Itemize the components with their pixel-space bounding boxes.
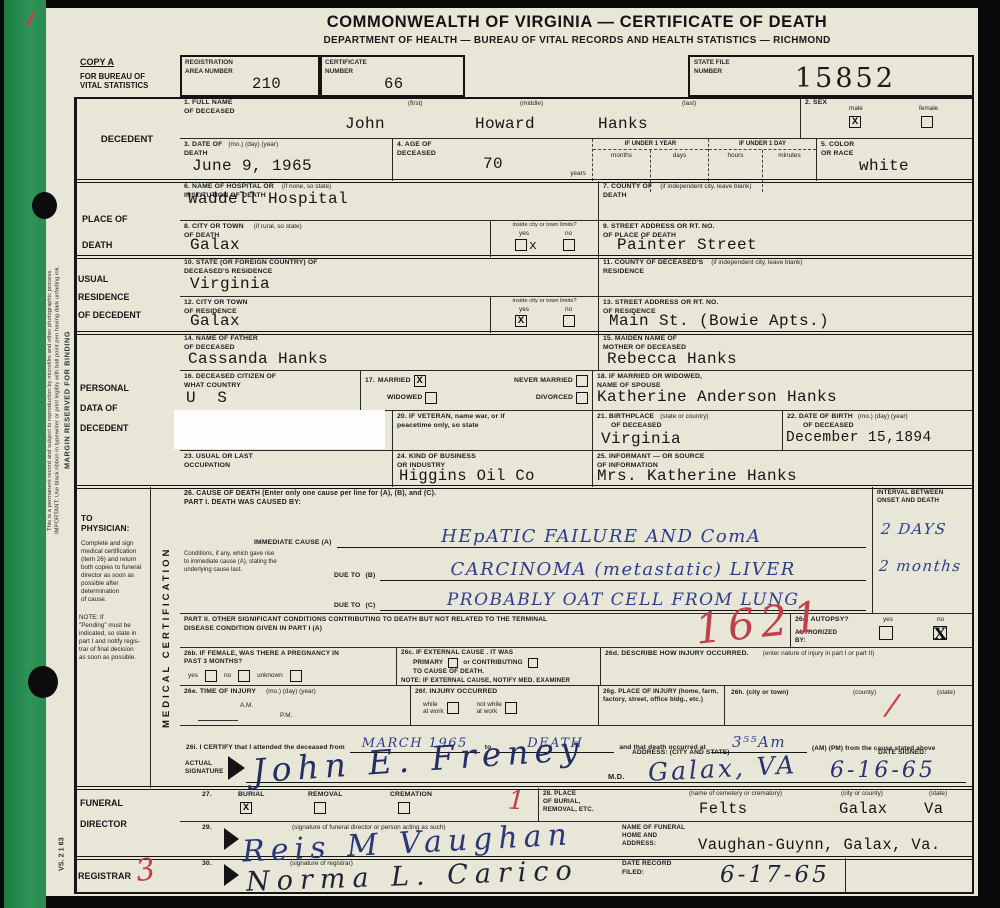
certificate-number-box: CERTIFICATE NUMBER 66: [320, 55, 465, 97]
registration-area-label: REGISTRATION AREA NUMBER: [185, 59, 233, 76]
margin-binding-title: MARGIN RESERVED FOR BINDING: [61, 130, 73, 670]
business-value: Higgins Oil Co: [399, 467, 535, 485]
field-date-of-death: 3. DATE OF DEATH(mo.) (day) (year) June …: [180, 139, 392, 181]
describe-injury-hint: (enter nature of injury in part I or par…: [763, 650, 875, 659]
row-hospital: 6. NAME OF HOSPITAL OR INSTITUTION OF DE…: [180, 181, 974, 221]
injury-state-label: (state): [937, 689, 955, 696]
birthplace-hint: (state or country): [660, 413, 708, 422]
date-filed-value: 6-17-65: [720, 862, 830, 888]
checkbox-burial: X: [240, 802, 252, 814]
section-line-1: [74, 179, 974, 183]
limits-question: inside city or town limits?: [493, 222, 596, 228]
date-filed-label: DATE RECORD FILED:: [622, 860, 672, 877]
section-place-of-death: PLACE OF DEATH: [82, 206, 178, 258]
medcert-divider: [150, 487, 151, 788]
field-disposition: 27. BURIAL X REMOVAL CREMATION 1: [180, 788, 538, 821]
field-city-of-death: 8. CITY OR TOWN OF DEATH(if rural, so st…: [180, 221, 490, 257]
binding-strip: [4, 0, 46, 908]
field-residence-city: 12. CITY OR TOWN OF RESIDENCE Galax: [180, 297, 490, 333]
row-funeral-director: 29. (signature of funeral director or pe…: [180, 822, 974, 858]
city-death-value: Galax: [190, 236, 240, 254]
due-to-label-b: DUE TO: [334, 572, 360, 581]
checkbox-pregnancy-unknown: [290, 670, 302, 682]
field-full-name: 1. FULL NAME OF DECEASED (first) (middle…: [180, 97, 800, 138]
row-death-date: 3. DATE OF DEATH(mo.) (day) (year) June …: [180, 139, 974, 181]
field-external-cause: 26c. IF EXTERNAL CAUSE . IT WAS PRIMARY …: [396, 648, 600, 685]
field-describe-injury: 26d. DESCRIBE HOW INJURY OCCURRED.(enter…: [600, 648, 974, 685]
row-citizen-marital: 16. DECEASED CITIZEN OF WHAT COUNTRY U S…: [180, 371, 974, 411]
copy-label: COPY A FOR BUREAU OF VITAL STATISTICS: [80, 57, 176, 90]
citizen-label: 16. DECEASED CITIZEN OF WHAT COUNTRY: [184, 373, 356, 391]
checkbox-contributing: [528, 658, 538, 668]
age-unit: years: [570, 170, 586, 177]
actual-signature-label: ACTUAL SIGNATURE: [185, 760, 224, 777]
page-title: COMMONWEALTH OF VIRGINIA — CERTIFICATE O…: [180, 13, 974, 32]
injury-city-label: 26h. (city or town): [731, 689, 789, 697]
row-26efgh: 26e. TIME OF INJURY(mo.) (day) (year) A.…: [180, 686, 974, 726]
male-label: male: [849, 105, 863, 112]
date-signed-value: 6-16-65: [830, 758, 936, 783]
punch-hole-top: [32, 192, 57, 219]
limits-yes-label-2: yes: [519, 306, 529, 313]
field-time-of-injury: 26e. TIME OF INJURY(mo.) (day) (year) A.…: [180, 686, 410, 725]
row-26bcd: 26b. IF FEMALE, WAS THERE A PREGNANCY IN…: [180, 648, 974, 686]
burial-city-label: (city or county): [841, 790, 883, 797]
pregnancy-yes-label: yes: [188, 672, 198, 679]
burial-city-value: Galax: [839, 800, 888, 818]
row-city-of-death: 8. CITY OR TOWN OF DEATH(if rural, so st…: [180, 221, 974, 257]
limits-question-2: inside city or town limits?: [493, 298, 596, 304]
middle-label: (middle): [520, 100, 543, 107]
pregnancy-unknown-label: unknown: [257, 672, 283, 679]
funeral-home-label: NAME OF FUNERAL HOME AND ADDRESS:: [622, 824, 685, 849]
limits-no-label: no: [565, 230, 572, 237]
mother-value: Rebecca Hanks: [607, 350, 737, 368]
field-residence-state: 10. STATE (OR FOREIGN COUNTRY) OF DECEAS…: [180, 257, 598, 296]
field-business: 24. KIND OF BUSINESS OR INDUSTRY Higgins…: [392, 451, 592, 487]
checkbox-widowed: [425, 392, 437, 404]
section-personal-data: PERSONAL DATA OF DECEDENT: [80, 378, 180, 438]
spouse-value: Katherine Anderson Hanks: [597, 388, 837, 406]
full-name-label: 1. FULL NAME OF DECEASED: [184, 99, 796, 117]
field-certification: 26i. I CERTIFY that I attended the decea…: [180, 726, 974, 788]
part1-label: PART I. DEATH WAS CAUSED BY:: [184, 498, 868, 507]
checkbox-male: X: [849, 116, 861, 128]
checkbox-cremation: [398, 802, 410, 814]
injury-county-label: (county): [853, 689, 876, 696]
cremation-label: CREMATION: [390, 791, 432, 800]
field-city-limits-death: inside city or town limits? yes no x: [490, 221, 598, 257]
checkbox-autopsy-no: X: [933, 626, 947, 640]
field-veteran: 20. IF VETERAN, name war, or if peacetim…: [392, 411, 592, 450]
birthplace-value: Virginia: [601, 430, 681, 448]
field-city-limits-residence: inside city or town limits? yes no X: [490, 297, 598, 333]
field-informant: 25. INFORMANT — OR SOURCE OF INFORMATION…: [592, 451, 974, 487]
street-death-value: Painter Street: [617, 236, 757, 254]
burial-state-value: Va: [924, 800, 943, 818]
cemetery-name-label: (name of cemetery or crematory): [689, 790, 782, 797]
field-residence-street: 13. STREET ADDRESS OR RT. NO. OF RESIDEN…: [598, 297, 974, 333]
field-birthplace: 21. BIRTHPLACE(state or country) OF DECE…: [592, 411, 782, 450]
name-first: John: [345, 115, 385, 133]
cause-header-cell: 26. CAUSE OF DEATH (Enter only one cause…: [180, 487, 872, 512]
checkbox-never-married: [576, 375, 588, 387]
name-last: Hanks: [598, 115, 648, 133]
autopsy-yes-label: yes: [883, 616, 893, 623]
first-label: (first): [408, 100, 423, 107]
checkbox-autopsy-yes: [879, 626, 893, 640]
date-of-death-sub: (mo.) (day) (year): [228, 141, 278, 159]
disposition-num: 27.: [202, 791, 212, 800]
row-cause-b: Conditions, if any, which gave rise to i…: [180, 547, 974, 582]
funeral-home-value: Vaughan-Guynn, Galax, Va.: [698, 836, 941, 854]
residence-street-value: Main St. (Bowie Apts.): [609, 312, 829, 330]
b-tag: (B): [365, 572, 375, 581]
row-cause-header: 26. CAUSE OF DEATH (Enter only one cause…: [180, 487, 974, 512]
field-father: 14. NAME OF FATHER OF DECEASED Cassanda …: [180, 333, 598, 370]
row-occupation: 23. USUAL OR LAST OCCUPATION 24. KIND OF…: [180, 451, 974, 487]
limits-yes-mark: x: [529, 238, 537, 253]
injury-occurred-label: 26f. INJURY OCCURRED: [415, 688, 594, 697]
residence-county-label: 11. COUNTY OF DECEASED'S RESIDENCE: [603, 259, 703, 277]
county-death-hint: (if independent city, leave blank): [660, 183, 751, 201]
md-label: M.D.: [608, 772, 624, 782]
burial-label: BURIAL: [238, 791, 265, 800]
conditions-note: Conditions, if any, which gave rise to i…: [184, 550, 277, 574]
occupation-label: 23. USUAL OR LAST OCCUPATION: [184, 453, 388, 471]
field-color-race: 5. COLOR OR RACE white: [816, 139, 974, 181]
field-sex: 2. SEX male female X: [800, 97, 974, 138]
last-label: (last): [682, 100, 696, 107]
time-injury-label: 26e. TIME OF INJURY: [184, 688, 256, 697]
state-file-label: STATE FILE NUMBER: [694, 59, 730, 76]
place-injury-label: 26g. PLACE OF INJURY (home, farm, factor…: [603, 688, 720, 704]
cause-a-value: HEpATIC FAILURE AND ComA: [441, 526, 761, 547]
limits-no-label-2: no: [565, 306, 572, 313]
residence-county-hint: (if independent city, leave blank): [711, 259, 802, 277]
checkbox-not-while-at-work: [505, 702, 517, 714]
row-cause-c: DUE TO (C) PROBABLY OAT CELL FROM LUNG: [180, 582, 974, 614]
row-certify: 26i. I CERTIFY that I attended the decea…: [180, 726, 974, 788]
checkbox-pregnancy-no: [238, 670, 250, 682]
marital-num: 17.: [365, 377, 375, 386]
residence-city-value: Galax: [190, 312, 240, 330]
not-while-at-work-label: not while at work: [477, 701, 502, 715]
date-signed-label: DATE SIGNED:: [878, 749, 927, 758]
limits-yes-label: yes: [519, 230, 529, 237]
field-occupation: 23. USUAL OR LAST OCCUPATION: [180, 451, 392, 487]
section-line-4: [74, 485, 974, 489]
checkbox-limits-no: [563, 239, 575, 251]
interval-c-cell: [872, 582, 974, 613]
field-county-of-death: 7. COUNTY OF DEATH(if independent city, …: [598, 181, 974, 220]
registrar-num: 30.: [202, 860, 212, 869]
section-decedent: DECEDENT: [74, 97, 180, 181]
autopsy-no-label: no: [937, 616, 944, 623]
state-file-box: STATE FILE NUMBER 15852: [688, 55, 974, 97]
interval-b-value: 2 months: [878, 557, 963, 575]
date-of-death-value: June 9, 1965: [192, 157, 312, 175]
to-physician-note: Complete and sign medical certification …: [81, 540, 149, 604]
field-under-1-year: IF UNDER 1 YEAR monthsdays: [592, 139, 708, 181]
female-label: female: [919, 105, 938, 112]
primary-label: PRIMARY: [413, 659, 443, 667]
while-at-work-label: while at work: [423, 701, 444, 715]
age-value: 70: [483, 155, 503, 173]
dob-label: 22. DATE OF BIRTH: [787, 413, 853, 422]
field-injury-occurred: 26f. INJURY OCCURRED while at work not w…: [410, 686, 598, 725]
checkbox-married: X: [414, 375, 426, 387]
field-injury-location: 26h. (city or town) (county) (state) /: [724, 686, 974, 725]
checkbox-limits-yes-2: X: [515, 315, 527, 327]
field-hospital: 6. NAME OF HOSPITAL OR INSTITUTION OF DE…: [180, 181, 598, 220]
registration-area-value: 210: [252, 75, 281, 93]
interval-b-cell: 2 months: [872, 547, 974, 582]
residence-state-value: Virginia: [190, 275, 270, 293]
residence-state-label: 10. STATE (OR FOREIGN COUNTRY) OF DECEAS…: [184, 259, 594, 277]
section-line-2: [74, 255, 974, 259]
pending-note: NOTE: If "Pending" must be indicated, so…: [79, 614, 149, 662]
signature-arrow-registrar: [224, 864, 239, 886]
checkbox-female: [921, 116, 933, 128]
field-place-of-injury: 26g. PLACE OF INJURY (home, farm, factor…: [598, 686, 724, 725]
am-label: A.M.: [240, 702, 253, 709]
interval-header-cell: INTERVAL BETWEEN ONSET AND DEATH: [872, 487, 974, 512]
veteran-label: 20. IF VETERAN, name war, or if peacetim…: [397, 413, 588, 431]
copy-for: FOR BUREAU OF VITAL STATISTICS: [80, 72, 176, 90]
cause-b-cell: Conditions, if any, which gave rise to i…: [180, 547, 872, 582]
divorced-label: DIVORCED: [536, 394, 573, 403]
cemetery-value: Felts: [699, 800, 748, 818]
row-cause-a: IMMEDIATE CAUSE (A) HEpATIC FAILURE AND …: [180, 512, 974, 547]
row-parents: 14. NAME OF FATHER OF DECEASED Cassanda …: [180, 333, 974, 371]
field-spouse: 18. IF MARRIED OR WIDOWED, NAME OF SPOUS…: [592, 371, 974, 410]
father-value: Cassanda Hanks: [188, 350, 328, 368]
signature-arrow-physician: [228, 756, 245, 780]
name-middle: Howard: [475, 115, 535, 133]
dob-hint: (mo.) (day) (year): [858, 413, 908, 422]
form-code: VS. 2 1 63: [55, 812, 67, 896]
removal-label: REMOVAL: [308, 791, 343, 800]
death-certificate-scan: MARGIN RESERVED FOR BINDING IMPORTANT: U…: [0, 0, 1000, 908]
certificate-number-value: 66: [384, 75, 403, 93]
field-under-1-day: IF UNDER 1 DAY hoursminutes: [708, 139, 816, 181]
field-pregnancy: 26b. IF FEMALE, WAS THERE A PREGNANCY IN…: [180, 648, 396, 685]
punch-hole-bottom: [28, 666, 58, 698]
row-burial: 27. BURIAL X REMOVAL CREMATION 1 28. PLA…: [180, 788, 974, 822]
checkbox-primary: [448, 658, 458, 668]
informant-value: Mrs. Katherine Hanks: [597, 467, 797, 485]
row-residence-state: 10. STATE (OR FOREIGN COUNTRY) OF DECEAS…: [180, 257, 974, 297]
redaction-box: [174, 410, 385, 449]
due-to-label-c: DUE TO: [334, 602, 360, 611]
row-name-sex: 1. FULL NAME OF DECEASED (first) (middle…: [180, 97, 974, 139]
checkbox-while-at-work: [447, 702, 459, 714]
pregnancy-label: 26b. IF FEMALE, WAS THERE A PREGNANCY IN…: [184, 650, 392, 667]
external-cause-l1: 26c. IF EXTERNAL CAUSE . IT WAS: [401, 649, 596, 657]
section-medical-certification: MEDICAL CERTIFICATION: [153, 487, 180, 788]
widowed-label: WIDOWED: [387, 394, 422, 403]
row-part2-autopsy: PART II. OTHER SIGNIFICANT CONDITIONS CO…: [180, 614, 974, 648]
field-mother: 15. MAIDEN NAME OF MOTHER OF DECEASED Re…: [598, 333, 974, 370]
field-date-of-birth: 22. DATE OF BIRTH(mo.) (day) (year) OF D…: [782, 411, 974, 450]
color-race-label: 5. COLOR OR RACE: [821, 141, 970, 159]
registrar-empty-cell: [845, 858, 974, 894]
interval-a-value: 2 DAYS: [880, 520, 948, 538]
birthplace-label: 21. BIRTHPLACE: [597, 413, 654, 422]
field-residence-county: 11. COUNTY OF DECEASED'S RESIDENCE(if in…: [598, 257, 974, 296]
pregnancy-no-label: no: [224, 672, 231, 679]
under-1-day-label: IF UNDER 1 DAY: [709, 139, 816, 150]
interval-a-cell: 2 DAYS: [872, 512, 974, 547]
field-marital-status: 17.MARRIEDX NEVER MARRIED WIDOWED DIVORC…: [360, 371, 592, 410]
page-subtitle: DEPARTMENT OF HEALTH — BUREAU OF VITAL R…: [180, 35, 974, 46]
under-1-year-label: IF UNDER 1 YEAR: [593, 139, 708, 150]
citizen-value: U S: [186, 389, 233, 407]
field-street-of-death: 9. STREET ADDRESS OR RT. NO. OF PLACE OF…: [598, 221, 974, 257]
field-age: 4. AGE OF DECEASED 70 years: [392, 139, 592, 181]
row-residence-city: 12. CITY OR TOWN OF RESIDENCE Galax insi…: [180, 297, 974, 333]
checkbox-limits-no-2: [563, 315, 575, 327]
color-race-value: white: [859, 157, 909, 175]
external-cause-note: NOTE: IF EXTERNAL CAUSE, NOTIFY MED. EXA…: [401, 677, 596, 685]
state-file-value: 15852: [795, 63, 896, 94]
certificate-number-label: CERTIFICATE NUMBER: [325, 59, 367, 76]
checkbox-limits-yes: [515, 239, 527, 251]
county-death-label: 7. COUNTY OF DEATH: [603, 183, 652, 201]
checkbox-removal: [314, 802, 326, 814]
dob-value: December 15,1894: [786, 430, 932, 446]
field-place-of-burial: 28. PLACE OF BURIAL, REMOVAL, ETC. (name…: [538, 788, 974, 821]
checkbox-pregnancy-yes: [205, 670, 217, 682]
cause-b-value: CARCINOMA (metastatic) LIVER: [451, 559, 796, 580]
section-usual-residence: USUAL RESIDENCE OF DECEDENT: [78, 270, 178, 324]
field-funeral-signature: 29. (signature of funeral director or pe…: [180, 822, 974, 858]
time-injury-hint: (mo.) (day) (year): [266, 688, 316, 697]
describe-injury-label: 26d. DESCRIBE HOW INJURY OCCURRED.: [605, 650, 749, 659]
checkbox-divorced: [576, 392, 588, 404]
section-line-3: [74, 331, 974, 335]
funeral-num: 29.: [202, 824, 212, 833]
married-label: MARRIED: [378, 377, 411, 386]
injury-red-mark: /: [885, 687, 900, 723]
hospital-value: Waddell Hospital: [188, 190, 348, 208]
copy-a: COPY A: [80, 57, 176, 67]
interval-header: INTERVAL BETWEEN ONSET AND DEATH: [877, 489, 970, 505]
time-underline: [198, 720, 238, 721]
field-citizen: 16. DECEASED CITIZEN OF WHAT COUNTRY U S: [180, 371, 360, 410]
cause-a-cell: IMMEDIATE CAUSE (A) HEpATIC FAILURE AND …: [180, 512, 872, 547]
sex-label: 2. SEX: [805, 99, 970, 108]
disposition-red-mark: 1: [507, 786, 525, 817]
section-line-5: [74, 786, 974, 790]
to-physician-title: TO PHYSICIAN:: [81, 513, 151, 533]
never-married-label: NEVER MARRIED: [514, 377, 573, 386]
section-funeral-director: FUNERAL DIRECTOR: [80, 793, 176, 835]
cause-header: 26. CAUSE OF DEATH (Enter only one cause…: [184, 489, 868, 498]
date-of-death-label: 3. DATE OF DEATH: [184, 141, 222, 159]
contributing-label: or CONTRIBUTING: [463, 659, 522, 667]
pm-label: P.M.: [240, 712, 292, 719]
city-death-hint: (if rural, so state): [254, 223, 302, 241]
burial-state-label: (state): [929, 790, 947, 797]
c-tag: (C): [365, 602, 375, 611]
registration-area-box: REGISTRATION AREA NUMBER 210: [180, 55, 320, 97]
external-cause-l2: TO CAUSE OF DEATH.: [401, 668, 596, 676]
death-time: 3⁵⁵Am: [732, 733, 786, 751]
signature-arrow-funeral: [224, 828, 239, 850]
